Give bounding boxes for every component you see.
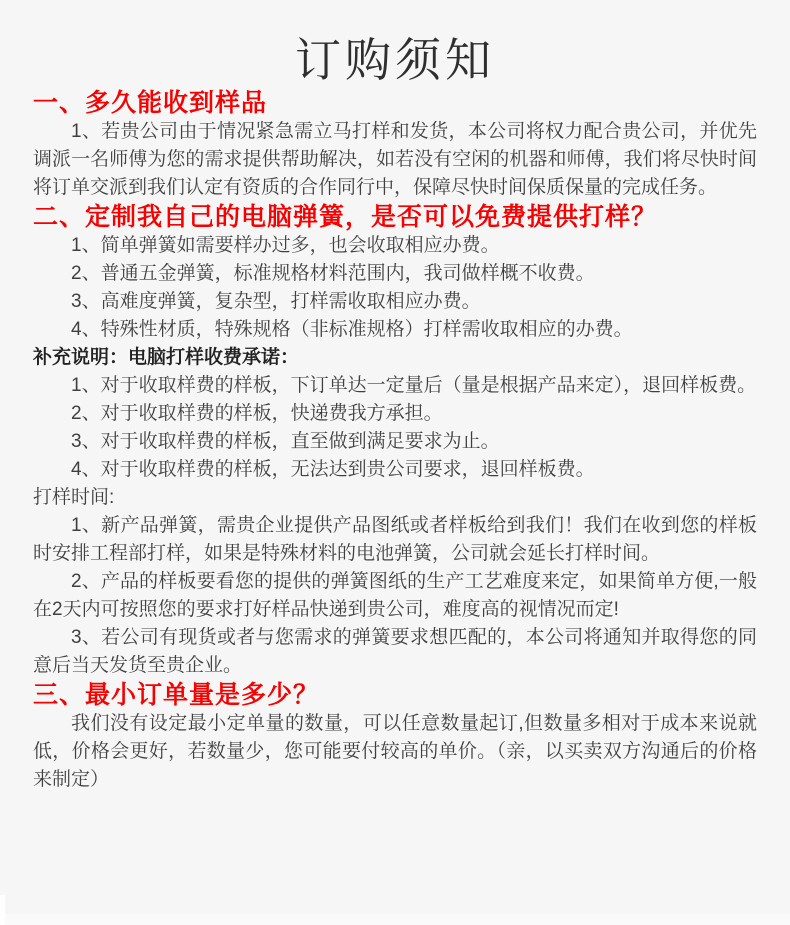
fee-rule-item: 2、普通五金弹簧，标准规格材料范围内，我司做样概不收费。 bbox=[33, 260, 757, 288]
section-custom-sample-fee: 二、定制我自己的电脑弹簧，是否可以免费提供打样？ 1、简单弹簧如需要样办过多，也… bbox=[33, 202, 757, 680]
promise-item: 2、对于收取样费的样板，快递费我方承担。 bbox=[33, 400, 757, 428]
section-1-paragraph: 1、若贵公司由于情况紧急需立马打样和发货，本公司将权力配合贵公司，并优先调派一名… bbox=[33, 118, 757, 202]
bottom-strip-divider bbox=[0, 914, 790, 925]
sample-time-paragraph: 2、产品的样板要看您的提供的弹簧图纸的生产工艺难度来定，如果简单方便,一般在2天… bbox=[33, 568, 757, 624]
page-title: 订购须知 bbox=[33, 0, 757, 88]
fee-rule-item: 4、特殊性材质，特殊规格（非标准规格）打样需收取相应的办费。 bbox=[33, 316, 757, 344]
section-3-heading: 三、最小订单量是多少？ bbox=[33, 680, 757, 710]
order-notice-page: 订购须知 一、多久能收到样品 1、若贵公司由于情况紧急需立马打样和发货，本公司将… bbox=[0, 0, 790, 925]
supplement-heading: 补充说明：电脑打样收费承诺： bbox=[33, 344, 757, 372]
promise-item: 1、对于收取样费的样板，下订单达一定量后（量是根据产品来定），退回样板费。 bbox=[33, 372, 757, 400]
promise-item: 4、对于收取样费的样板，无法达到贵公司要求，退回样板费。 bbox=[33, 456, 757, 484]
sample-time-heading: 打样时间: bbox=[33, 484, 757, 512]
section-sample-delivery: 一、多久能收到样品 1、若贵公司由于情况紧急需立马打样和发货，本公司将权力配合贵… bbox=[33, 88, 757, 202]
sample-time-paragraph: 1、新产品弹簧，需贵企业提供产品图纸或者样板给到我们！我们在收到您的样板时安排工… bbox=[33, 512, 757, 568]
section-minimum-order: 三、最小订单量是多少？ 我们没有设定最小定单量的数量，可以任意数量起订,但数量多… bbox=[33, 680, 757, 794]
section-1-heading: 一、多久能收到样品 bbox=[33, 88, 757, 118]
sample-time-paragraph: 3、若公司有现货或者与您需求的弹簧要求想匹配的，本公司将通知并取得您的同意后当天… bbox=[33, 624, 757, 680]
bottom-left-page-edge bbox=[0, 895, 5, 925]
section-3-paragraph: 我们没有设定最小定单量的数量，可以任意数量起订,但数量多相对于成本来说就低，价格… bbox=[33, 710, 757, 794]
page-content: 订购须知 一、多久能收到样品 1、若贵公司由于情况紧急需立马打样和发货，本公司将… bbox=[0, 0, 790, 794]
fee-rule-item: 1、简单弹簧如需要样办过多，也会收取相应办费。 bbox=[33, 232, 757, 260]
fee-rule-item: 3、高难度弹簧，复杂型，打样需收取相应办费。 bbox=[33, 288, 757, 316]
section-2-heading: 二、定制我自己的电脑弹簧，是否可以免费提供打样？ bbox=[33, 202, 757, 232]
promise-item: 3、对于收取样费的样板，直至做到满足要求为止。 bbox=[33, 428, 757, 456]
